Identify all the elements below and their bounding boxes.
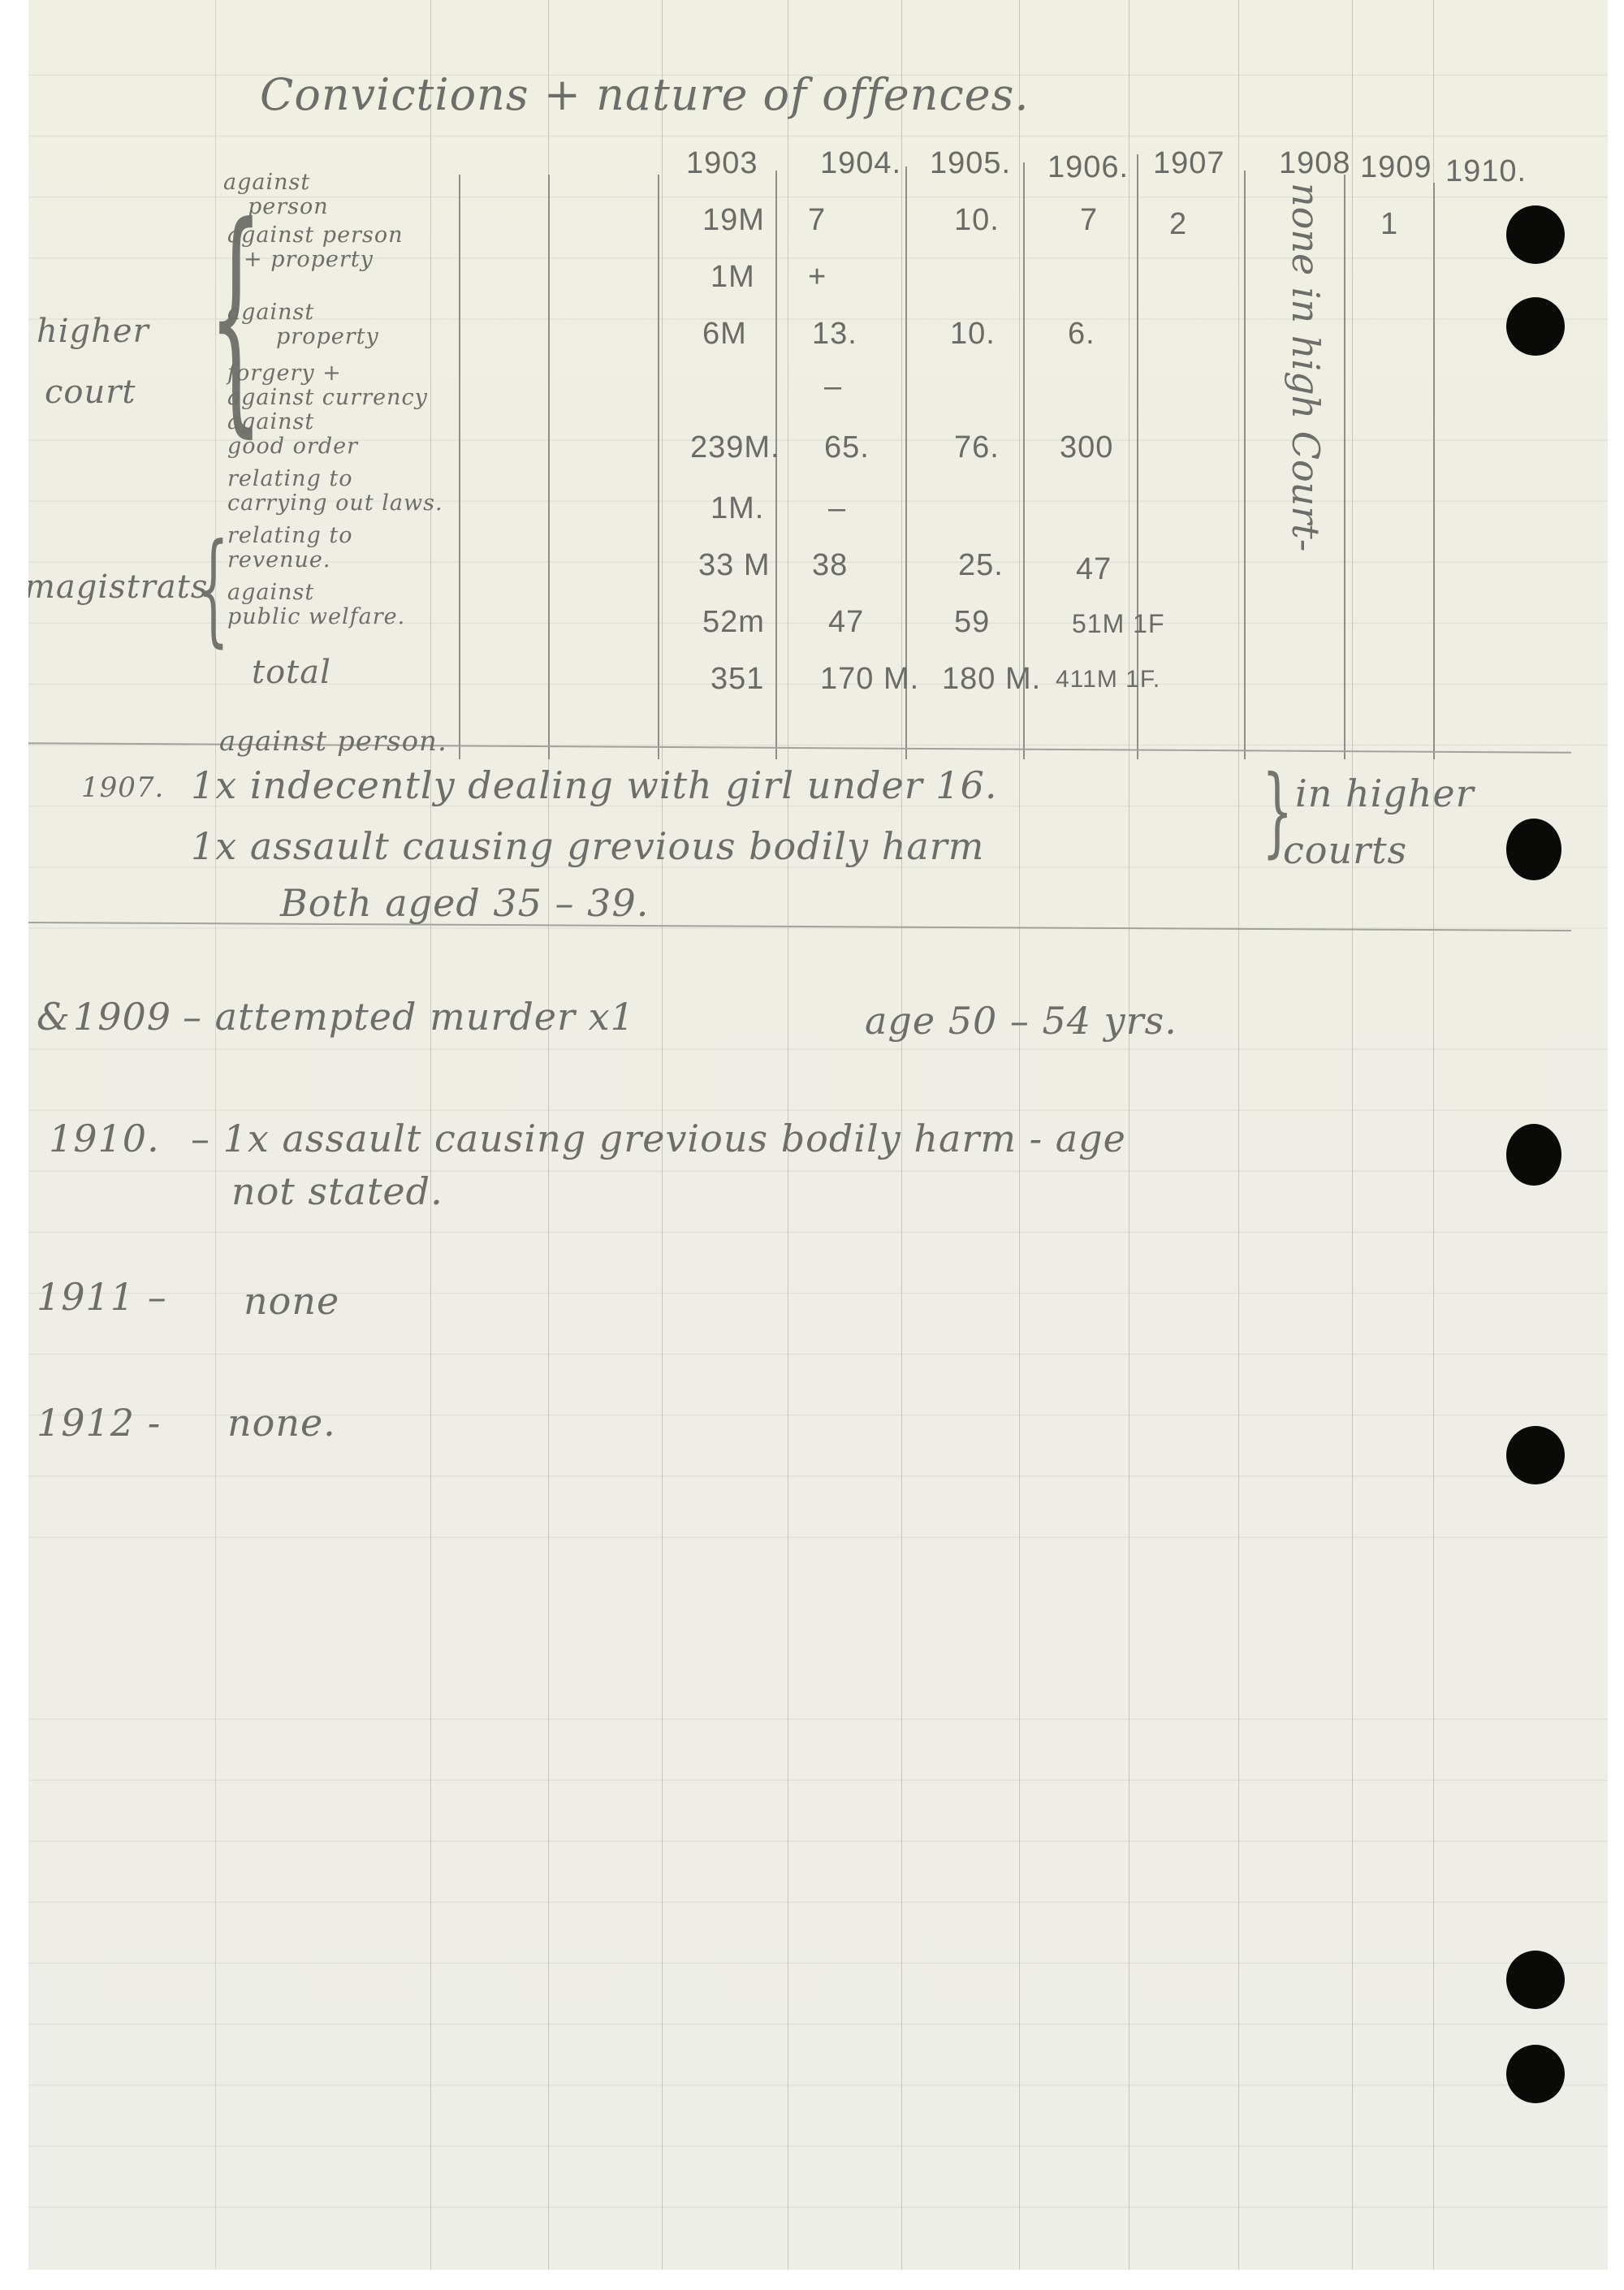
year-header: 1907: [1153, 146, 1225, 181]
cell: 7: [1080, 203, 1098, 238]
category-label: againstpublic welfare.: [227, 581, 405, 629]
punch-hole: [1506, 1951, 1565, 2009]
note-cont: not stated.: [231, 1169, 443, 1213]
group-label-court: court: [45, 374, 136, 411]
group-label-magistrates: magistrats: [28, 568, 208, 606]
cell: 10.: [950, 317, 996, 352]
cell: 2: [1169, 207, 1187, 242]
cell: 76.: [954, 430, 1000, 465]
cell: 10.: [954, 203, 1000, 238]
cell: +: [808, 260, 827, 295]
bracket-note: courts: [1283, 828, 1407, 872]
category-label-total: total: [252, 654, 331, 691]
year-header: 1905.: [930, 146, 1011, 181]
cell: 59: [954, 605, 990, 640]
cell: 300: [1060, 430, 1113, 465]
cell: 13.: [812, 317, 857, 352]
note-line: 1x indecently dealing with girl under 16…: [191, 763, 997, 807]
note-heading: against person.: [219, 725, 447, 758]
year-header: 1908: [1279, 146, 1351, 181]
note-year: 1907.: [81, 771, 164, 804]
bracket-note: in higher: [1295, 771, 1475, 815]
punch-hole: [1506, 1426, 1565, 1484]
year-header: 1909: [1360, 150, 1432, 185]
total-cell: 170 M.: [820, 662, 919, 697]
total-cell: 351: [710, 662, 764, 697]
cell: 19M: [702, 203, 765, 238]
cell: 1M.: [710, 491, 764, 526]
punch-hole: [1506, 297, 1565, 356]
category-label: against person+ property: [227, 223, 403, 272]
punch-hole: [1506, 2045, 1565, 2103]
pencil-column-line: [1433, 183, 1435, 759]
note-year: 1909: [73, 995, 171, 1039]
year-header: 1903: [686, 146, 758, 181]
punch-hole: [1506, 205, 1565, 264]
category-label: againstproperty: [227, 300, 379, 349]
cell: 51M 1F: [1072, 609, 1164, 639]
total-cell: 411M 1F.: [1056, 666, 1160, 693]
page-title: Convictions + nature of offences.: [260, 69, 1030, 120]
punch-hole: [1506, 819, 1561, 880]
category-label: relating torevenue.: [227, 524, 352, 572]
note-text: – attempted murder x1: [183, 995, 635, 1039]
total-cell: 180 M.: [942, 662, 1041, 697]
category-label: relating tocarrying out laws.: [227, 467, 443, 516]
note-prefix: &: [37, 995, 71, 1039]
year-header: 1910.: [1445, 154, 1527, 189]
column-rule: [1238, 0, 1239, 2270]
pencil-column-line: [658, 175, 659, 759]
pencil-column-line: [1344, 175, 1345, 759]
ledger-page: Convictions + nature of offences. 1903 1…: [28, 0, 1608, 2270]
cell: 6.: [1068, 317, 1095, 352]
note-extra: age 50 – 54 yrs.: [865, 999, 1177, 1043]
column-rule: [1129, 0, 1129, 2270]
pencil-column-line: [1244, 171, 1246, 759]
column-rule: [1352, 0, 1353, 2270]
cell: 1M: [710, 260, 755, 295]
note-year: 1910.: [49, 1117, 160, 1160]
note-year: 1911 –: [37, 1275, 167, 1319]
cell: 52m: [702, 605, 765, 640]
note-text: – 1x assault causing grevious bodily har…: [191, 1117, 1126, 1160]
vertical-note-1908: none in high Court-: [1284, 183, 1328, 551]
note-year: 1912 -: [37, 1401, 161, 1445]
brace-icon: {: [198, 528, 229, 650]
year-header: 1906.: [1047, 150, 1129, 185]
cell: 33 M: [698, 548, 770, 583]
note-sub: Both aged 35 – 39.: [280, 881, 649, 925]
cell: –: [824, 369, 842, 404]
category-label: againstgood order: [227, 410, 358, 459]
cell: 6M: [702, 317, 747, 352]
cell: 38: [812, 548, 848, 583]
category-label: againstperson: [223, 171, 329, 219]
cell: –: [828, 491, 846, 526]
note-text: none.: [227, 1401, 336, 1445]
cell: 47: [1076, 552, 1112, 587]
punch-hole: [1506, 1124, 1561, 1186]
year-header: 1904.: [820, 146, 901, 181]
cell: 47: [828, 605, 864, 640]
category-label: forgery +against currency: [227, 361, 428, 410]
cell: 65.: [824, 430, 870, 465]
cell: 25.: [958, 548, 1004, 583]
note-line: 1x assault causing grevious bodily harm: [191, 824, 984, 868]
cell: 1: [1380, 207, 1398, 242]
cell: 239M.: [690, 430, 780, 465]
pencil-column-line: [548, 175, 550, 759]
group-label-higher: higher: [37, 313, 149, 350]
note-text: none: [244, 1279, 339, 1323]
pencil-column-line: [459, 175, 460, 759]
cell: 7: [808, 203, 826, 238]
